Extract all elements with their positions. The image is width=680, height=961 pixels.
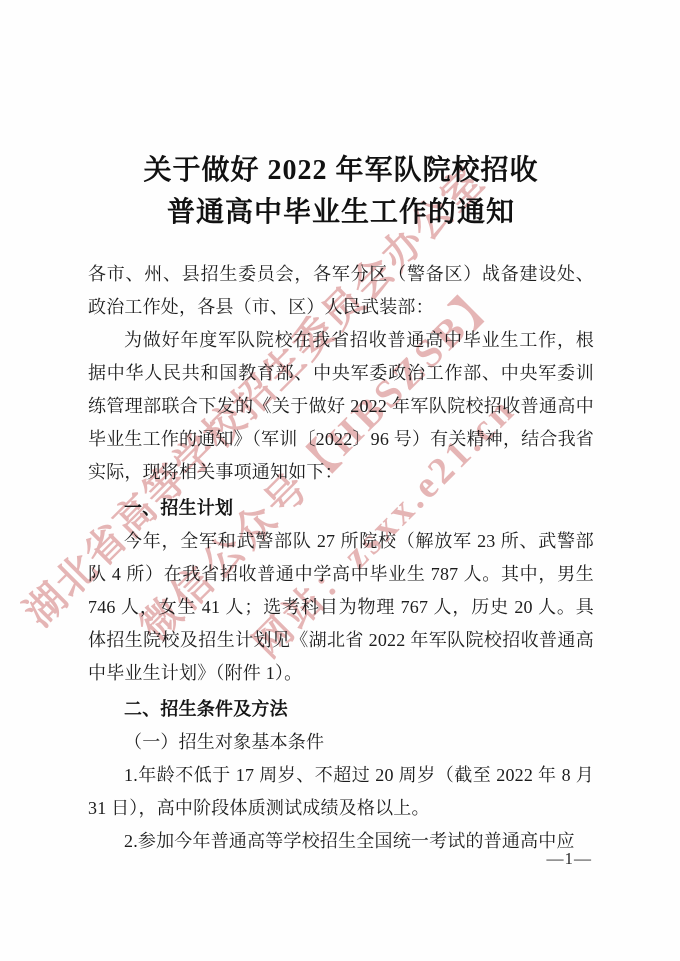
paragraph-heading: 二、招生条件及方法 — [88, 693, 594, 726]
document-title: 关于做好 2022 年军队院校招收 普通高中毕业生工作的通知 — [88, 150, 594, 234]
document-body: 关于做好 2022 年军队院校招收 普通高中毕业生工作的通知 各市、州、县招生委… — [88, 150, 594, 858]
paragraph-body: 今年，全军和武警部队 27 所院校（解放军 23 所、武警部队 4 所）在我省招… — [88, 525, 594, 690]
paragraph-body: 各市、州、县招生委员会，各军分区（警备区）战备建设处、政治工作处，各县（市、区）… — [88, 258, 594, 324]
paragraph-body: 为做好年度军队院校在我省招收普通高中毕业生工作，根据中华人民共和国教育部、中央军… — [88, 324, 594, 489]
document-title-line-2: 普通高中毕业生工作的通知 — [88, 192, 594, 234]
paragraph-heading: 一、招生计划 — [88, 492, 594, 525]
paragraph-body: 1.年龄不低于 17 周岁、不超过 20 周岁（截至 2022 年 8 月 31… — [88, 759, 594, 825]
paragraph-list: 各市、州、县招生委员会，各军分区（警备区）战备建设处、政治工作处，各县（市、区）… — [88, 258, 594, 858]
paragraph-subheading: （一）招生对象基本条件 — [88, 726, 594, 759]
document-title-line-1: 关于做好 2022 年军队院校招收 — [88, 150, 594, 192]
paragraph-body: 2.参加今年普通高等学校招生全国统一考试的普通高中应 — [88, 825, 594, 858]
document-page: 湖北省高等学校招生委员会办公室 微信公众号【HBSZSB】 网站：zsxx.e2… — [0, 0, 680, 961]
page-number: —1— — [547, 849, 593, 869]
